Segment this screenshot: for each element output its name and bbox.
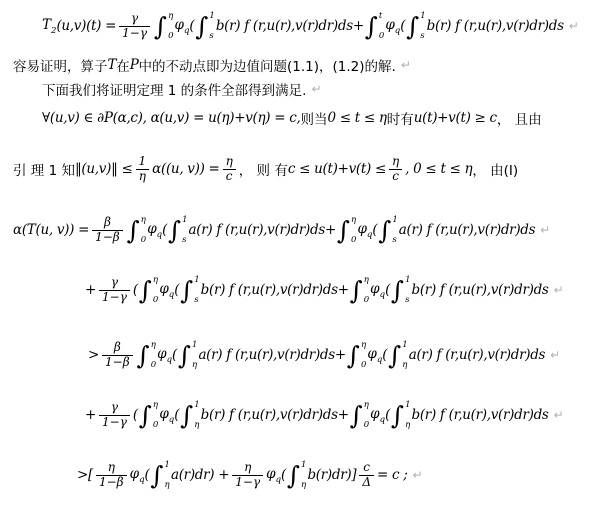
cjk-text: ， 由(I) <box>472 159 518 179</box>
math-text: b(r) f (r,u(r),v(r)dr)ds <box>412 407 549 423</box>
fraction-denominator: c <box>389 169 402 184</box>
integral-upper-limit: 1 <box>405 276 410 285</box>
math-text: b(r) f (r,u(r),v(r)dr)ds <box>412 282 549 298</box>
integral-upper-limit: 1 <box>420 12 425 21</box>
integral-limits: η0 <box>364 276 369 304</box>
math-text: ( <box>385 282 390 298</box>
fraction: γ1−γ <box>99 401 130 430</box>
integral: ∫1s <box>406 12 425 40</box>
integral-upper-limit: 1 <box>182 216 187 225</box>
integral: ∫1s <box>168 216 187 244</box>
fraction: γ1−γ <box>99 276 130 305</box>
integral-lower-limit: 0 <box>153 296 158 305</box>
subscripted-symbol: φq <box>159 406 174 425</box>
integral: ∫η0 <box>154 12 173 40</box>
math-text: ( <box>162 222 167 238</box>
fraction: cΔ <box>359 461 374 490</box>
integral-sign-icon: ∫ <box>350 278 363 303</box>
integral-lower-limit: 0 <box>141 236 146 245</box>
math-text: ( <box>172 347 177 363</box>
fraction: ηc <box>389 155 402 184</box>
fraction-numerator: β <box>101 216 114 230</box>
integral-sign-icon: ∫ <box>378 218 391 243</box>
integral-limits: 1η <box>165 461 170 489</box>
paragraph-mark-icon: ↵ <box>550 348 560 362</box>
cjk-text: 容易证明，算子 <box>13 55 108 75</box>
integral-limits: 1η <box>194 401 199 429</box>
integral: ∫1s <box>391 276 410 304</box>
fraction-numerator: γ <box>108 401 121 415</box>
cjk-text: 中的不动点即为边值问题(1.1)，(1.2)的解. <box>139 55 396 75</box>
integral-upper-limit: 1 <box>392 216 397 225</box>
integral-lower-limit: η <box>194 421 199 430</box>
fraction-denominator: Δ <box>359 475 374 490</box>
integral-sign-icon: ∫ <box>127 218 140 243</box>
fraction-numerator: η <box>105 461 118 475</box>
fraction-denominator: 1−γ <box>99 415 130 430</box>
formula-alpha-T-expansion-b: +γ1−γ(∫η0φq(∫1sb(r) f (r,u(r),v(r)dr)ds+… <box>85 267 564 313</box>
subscript-base: φ <box>266 466 275 482</box>
integral-sign-icon: ∫ <box>178 343 191 368</box>
math-text: + <box>338 407 349 423</box>
integral-limits: 1s <box>209 12 214 40</box>
math-text: P <box>130 57 139 73</box>
formula-t2-definition: T2(u,v)(t) = γ1−γ∫η0φq(∫1sb(r) f (r,u(r)… <box>42 5 579 47</box>
math-text: b(r) f (r,u(r),v(r)dr)ds <box>201 282 338 298</box>
paragraph-mark-icon: ↵ <box>569 19 579 33</box>
fraction: γ1−γ <box>119 12 150 41</box>
integral-limits: 1s <box>182 216 187 244</box>
math-text: > <box>88 347 99 363</box>
subscript-base: T <box>42 17 51 33</box>
integral-lower-limit: η <box>402 361 407 370</box>
subscripted-symbol: φq <box>266 466 281 485</box>
math-text: u(t)+v(t) ≥ c <box>414 110 497 126</box>
subscripted-symbol: φq <box>357 221 372 240</box>
integral-upper-limit: η <box>364 276 369 285</box>
integral-limits: 1s <box>194 276 199 304</box>
integral-upper-limit: η <box>153 276 158 285</box>
math-text: ( <box>174 407 179 423</box>
fraction-denominator: η <box>136 169 149 184</box>
math-text: b(r) f (r,u(r),v(r)dr)ds <box>201 407 338 423</box>
formula-boundary-set-condition: ∀(u,v) ∈ ∂P(α,c), α(u,v) = u(η)+v(η) = c… <box>42 105 542 131</box>
math-text: + <box>325 222 336 238</box>
integral-upper-limit: η <box>351 216 356 225</box>
integral-lower-limit: s <box>392 236 396 245</box>
integral-sign-icon: ∫ <box>287 463 300 488</box>
subscripted-symbol: T2 <box>42 17 56 36</box>
fraction-denominator: 1−γ <box>119 26 150 41</box>
formula-lower-bound-a: > β1−β∫η0φq(∫1ηa(r) f (r,u(r),v(r)dr)ds+… <box>88 332 560 378</box>
integral: ∫1η <box>151 461 170 489</box>
integral: ∫η0 <box>127 216 146 244</box>
integral-lower-limit: η <box>405 421 410 430</box>
integral-limits: 1η <box>192 341 197 369</box>
math-text: ‖(u,v)‖ ≤ <box>75 161 133 177</box>
integral: ∫η0 <box>139 276 158 304</box>
fraction-denominator: 1−β <box>92 230 123 245</box>
subscripted-symbol: φq <box>174 17 189 36</box>
integral: ∫η0 <box>139 401 158 429</box>
subscript-base: φ <box>367 346 376 362</box>
subscript-base: φ <box>174 17 183 33</box>
integral-limits: 1η <box>405 401 410 429</box>
cjk-text: ， 则 有 <box>239 159 288 179</box>
integral: ∫1η <box>180 401 199 429</box>
fraction-numerator: η <box>241 461 254 475</box>
cjk-text: ， 且由 <box>497 108 542 128</box>
math-text: ∀(u,v) ∈ ∂P(α,c), α(u,v) = u(η)+v(η) = c… <box>42 110 301 126</box>
integral-limits: η0 <box>153 401 158 429</box>
fraction-numerator: 1 <box>136 155 150 169</box>
subscripted-symbol: φq <box>370 406 385 425</box>
math-text: + <box>353 18 364 34</box>
integral: ∫1s <box>378 216 397 244</box>
integral-upper-limit: η <box>361 341 366 350</box>
integral-sign-icon: ∫ <box>391 278 404 303</box>
formula-lower-bound-b: +γ1−γ(∫η0φq(∫1ηb(r) f (r,u(r),v(r)dr)ds+… <box>85 392 564 438</box>
integral-sign-icon: ∫ <box>137 343 150 368</box>
integral-sign-icon: ∫ <box>180 278 193 303</box>
integral-lower-limit: s <box>194 296 198 305</box>
fraction: β1−β <box>92 216 123 245</box>
integral-upper-limit: η <box>153 401 158 410</box>
integral-sign-icon: ∫ <box>168 218 181 243</box>
integral-lower-limit: 0 <box>361 361 366 370</box>
math-text: b(r) f (r,u(r),v(r)dr)ds <box>427 18 564 34</box>
subscripted-symbol: φq <box>159 281 174 300</box>
math-text: 0 ≤ t ≤ η <box>328 110 387 126</box>
fraction: η1−γ <box>232 461 263 490</box>
math-text: ( <box>372 222 377 238</box>
subscript-base: φ <box>370 406 379 422</box>
integral-upper-limit: η <box>168 12 173 21</box>
subscript-base: φ <box>130 466 139 482</box>
subscript-base: φ <box>385 17 394 33</box>
math-text: c ≤ u(t)+v(t) ≤ <box>288 161 386 177</box>
integral-upper-limit: 1 <box>402 341 407 350</box>
math-text: >[ <box>77 467 93 483</box>
subscripted-symbol: φq <box>367 346 382 365</box>
integral-lower-limit: s <box>420 32 424 41</box>
cjk-text: 下面我们将证明定理 1 的条件全部得到满足. <box>42 79 306 99</box>
math-text: ( <box>145 467 150 483</box>
subscripted-symbol: φq <box>370 281 385 300</box>
subscript-base: φ <box>159 281 168 297</box>
math-text: ( <box>385 407 390 423</box>
integral: ∫η0 <box>347 341 366 369</box>
subscripted-symbol: φq <box>130 466 145 485</box>
para-fixed-point-statement: 容易证明，算子T在P中的不动点即为边值问题(1.1)，(1.2)的解.↵ <box>13 55 411 75</box>
paragraph-mark-icon: ↵ <box>554 283 564 297</box>
fraction-denominator: c <box>223 169 236 184</box>
math-text: ( <box>174 282 179 298</box>
subscripted-symbol: φq <box>147 221 162 240</box>
math-text: ( <box>382 347 387 363</box>
integral: ∫η0 <box>350 401 369 429</box>
integral-sign-icon: ∫ <box>180 403 193 428</box>
math-text: ( <box>189 18 194 34</box>
integral: ∫1s <box>195 12 214 40</box>
integral-limits: η0 <box>361 341 366 369</box>
integral-sign-icon: ∫ <box>391 403 404 428</box>
integral-lower-limit: 0 <box>379 32 384 41</box>
fraction-numerator: γ <box>108 276 121 290</box>
math-text: a(r) f (r,u(r),v(r)dr)ds <box>198 347 334 363</box>
integral-upper-limit: η <box>364 401 369 410</box>
integral-upper-limit: 1 <box>301 461 306 470</box>
math-text: + <box>85 407 96 423</box>
subscript-base: φ <box>147 221 156 237</box>
integral-limits: t0 <box>379 12 384 40</box>
integral: ∫η0 <box>137 341 156 369</box>
integral-sign-icon: ∫ <box>406 14 419 39</box>
math-text: + <box>338 282 349 298</box>
subscript-base: φ <box>357 221 366 237</box>
integral-lower-limit: 0 <box>168 32 173 41</box>
math-text: ( <box>281 467 286 483</box>
math-text: + <box>335 347 346 363</box>
integral-limits: η0 <box>168 12 173 40</box>
integral-limits: η0 <box>141 216 146 244</box>
fraction-denominator: 1−β <box>96 475 127 490</box>
math-text: a(r) f (r,u(r),v(r)dr)ds <box>409 347 545 363</box>
line-lemma-1-bound: 引 理 1 知 ‖(u,v)‖ ≤ 1ηα((u, v)) = ηc， 则 有 … <box>13 143 518 195</box>
integral: ∫1η <box>388 341 407 369</box>
fraction-numerator: β <box>111 341 124 355</box>
integral-limits: 1s <box>392 216 397 244</box>
integral-lower-limit: η <box>301 481 306 490</box>
integral-lower-limit: 0 <box>364 421 369 430</box>
document-page: { "colors": { "background": "#ffffff", "… <box>0 0 605 507</box>
integral-upper-limit: 1 <box>165 461 170 470</box>
integral-sign-icon: ∫ <box>195 14 208 39</box>
integral-upper-limit: 1 <box>405 401 410 410</box>
math-text: + <box>85 282 96 298</box>
formula-alpha-T-expansion-a: α(T(u, v)) = β1−β∫η0φq(∫1sa(r) f (r,u(r)… <box>13 207 550 253</box>
subscripted-symbol: φq <box>157 346 172 365</box>
integral-limits: 1s <box>405 276 410 304</box>
math-text: b(r)dr)] <box>307 467 356 483</box>
integral-limits: η0 <box>153 276 158 304</box>
fraction-denominator: 1−γ <box>99 290 130 305</box>
integral-limits: 1η <box>402 341 407 369</box>
integral-lower-limit: 0 <box>351 236 356 245</box>
integral-limits: η0 <box>364 401 369 429</box>
integral-upper-limit: 1 <box>194 401 199 410</box>
integral-limits: 1η <box>301 461 306 489</box>
integral-upper-limit: 1 <box>192 341 197 350</box>
integral-sign-icon: ∫ <box>139 403 152 428</box>
integral-limits: 1s <box>420 12 425 40</box>
fraction-numerator: c <box>360 461 373 475</box>
integral: ∫η0 <box>337 216 356 244</box>
integral-lower-limit: η <box>165 481 170 490</box>
cjk-text: 引 理 1 知 <box>13 159 75 179</box>
math-text: a(r) f (r,u(r),v(r)dr)ds <box>189 222 325 238</box>
integral-limits: η0 <box>351 216 356 244</box>
math-text: = c ; <box>377 467 408 483</box>
fraction-denominator: 1−β <box>102 355 133 370</box>
subscript-base: φ <box>157 346 166 362</box>
math-text: ( <box>133 407 138 423</box>
integral: ∫1η <box>287 461 306 489</box>
fraction: β1−β <box>102 341 133 370</box>
subscripted-symbol: φq <box>385 17 400 36</box>
formula-final-bound: >[η1−βφq(∫1ηa(r)dr) + η1−γφq(∫1ηb(r)dr)]… <box>77 452 423 498</box>
cjk-text: 时有 <box>387 108 414 128</box>
subscript-base: φ <box>159 406 168 422</box>
paragraph-mark-icon: ↵ <box>311 82 321 96</box>
para-verify-theorem-conditions: 下面我们将证明定理 1 的条件全部得到满足.↵ <box>42 79 322 99</box>
integral-lower-limit: s <box>405 296 409 305</box>
integral-lower-limit: s <box>209 32 213 41</box>
integral: ∫1η <box>178 341 197 369</box>
integral: ∫η0 <box>350 276 369 304</box>
integral-lower-limit: η <box>192 361 197 370</box>
math-text: ( <box>400 18 405 34</box>
integral-upper-limit: 1 <box>194 276 199 285</box>
integral-upper-limit: η <box>141 216 146 225</box>
integral-upper-limit: 1 <box>209 12 214 21</box>
math-text: b(r) f (r,u(r),v(r)dr)ds <box>216 18 353 34</box>
math-text: a(r) f (r,u(r),v(r)dr)ds <box>399 222 535 238</box>
cjk-text: 在 <box>116 55 130 75</box>
math-text: α((u, v)) = <box>152 161 219 177</box>
math-text: α(T(u, v)) = <box>13 222 89 238</box>
integral-sign-icon: ∫ <box>350 403 363 428</box>
fraction: ηc <box>223 155 236 184</box>
fraction-denominator: 1−γ <box>232 475 263 490</box>
integral-sign-icon: ∫ <box>388 343 401 368</box>
paragraph-mark-icon: ↵ <box>413 468 423 482</box>
integral-upper-limit: t <box>379 12 382 21</box>
integral-upper-limit: η <box>151 341 156 350</box>
cjk-text: 则当 <box>301 108 328 128</box>
fraction-numerator: γ <box>128 12 141 26</box>
integral-sign-icon: ∫ <box>154 14 167 39</box>
math-text: ( <box>133 282 138 298</box>
math-text: , 0 ≤ t ≤ η <box>405 161 472 177</box>
integral-sign-icon: ∫ <box>151 463 164 488</box>
math-text: (u,v)(t) = <box>56 18 116 34</box>
integral-lower-limit: s <box>182 236 186 245</box>
fraction: η1−β <box>96 461 127 490</box>
integral-sign-icon: ∫ <box>365 14 378 39</box>
fraction-numerator: η <box>223 155 236 169</box>
integral: ∫1s <box>180 276 199 304</box>
math-text: T <box>108 57 117 73</box>
integral-sign-icon: ∫ <box>337 218 350 243</box>
paragraph-mark-icon: ↵ <box>540 223 550 237</box>
paragraph-mark-icon: ↵ <box>401 58 411 72</box>
integral: ∫1η <box>391 401 410 429</box>
integral: ∫t0 <box>365 12 384 40</box>
integral-sign-icon: ∫ <box>347 343 360 368</box>
fraction-numerator: η <box>389 155 402 169</box>
integral-sign-icon: ∫ <box>139 278 152 303</box>
paragraph-mark-icon: ↵ <box>554 408 564 422</box>
fraction: 1η <box>136 155 150 184</box>
subscript-base: φ <box>370 281 379 297</box>
math-text: a(r)dr) + <box>171 467 229 483</box>
integral-lower-limit: 0 <box>153 421 158 430</box>
integral-lower-limit: 0 <box>151 361 156 370</box>
integral-limits: η0 <box>151 341 156 369</box>
integral-lower-limit: 0 <box>364 296 369 305</box>
